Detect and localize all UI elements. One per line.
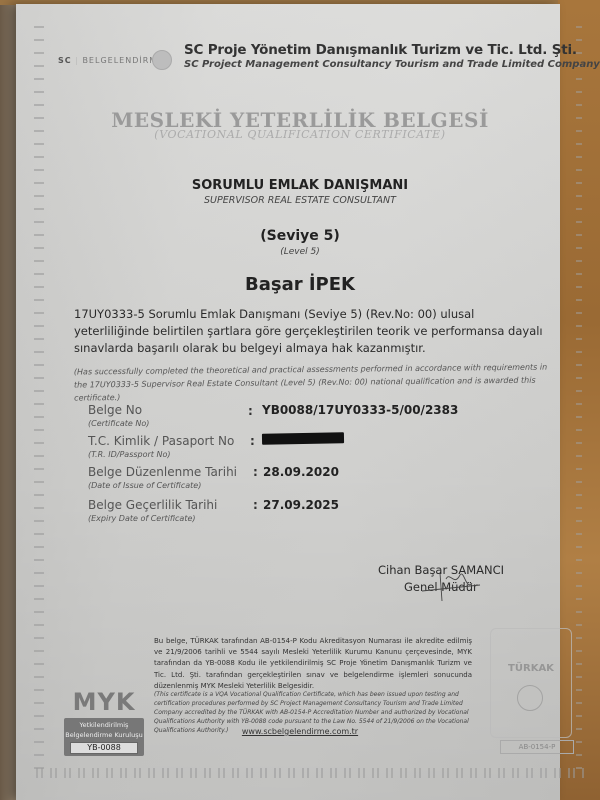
field-label-certificate-no: Belge No (88, 403, 142, 417)
turkak-emblem-icon (517, 685, 543, 711)
field-value-id-no-redacted (262, 432, 344, 444)
issuer-logo: SC | BELGELENDİRME (58, 56, 163, 65)
field-value-certificate-no: YB0088/17UY0333-5/00/2383 (262, 403, 458, 417)
qualification-level-en: (Level 5) (0, 247, 600, 257)
field-label-en-issue-date: (Date of Issue of Certificate) (88, 481, 201, 490)
qualification-name-en: SUPERVISOR REAL ESTATE CONSULTANT (0, 195, 600, 206)
field-label-expiry-date: Belge Geçerlilik Tarihi (88, 498, 217, 512)
qualification-name: SORUMLU EMLAK DANIŞMANI (0, 178, 600, 193)
field-colon: : (250, 434, 255, 448)
decorative-border-bottom (36, 768, 584, 778)
turkak-badge: TÜRKAK (490, 628, 572, 738)
company-name-tr: SC Proje Yönetim Danışmanlık Turizm ve T… (184, 42, 577, 58)
myk-line2: Belgelendirme Kuruluşu (64, 730, 144, 740)
footer-note-tr: Bu belge, TÜRKAK tarafından AB-0154-P Ko… (154, 636, 472, 692)
statement-en: (Has successfully completed the theoreti… (74, 360, 554, 404)
field-label-issue-date: Belge Düzenlenme Tarihi (88, 465, 237, 479)
myk-logo: MYK (64, 690, 144, 714)
field-value-expiry-date: 27.09.2025 (263, 498, 339, 512)
globe-icon (152, 50, 172, 70)
certificate-subtitle: (VOCATIONAL QUALIFICATION CERTIFICATE) (0, 128, 600, 141)
field-value-issue-date: 28.09.2020 (263, 465, 339, 479)
myk-line1: Yetkilendirilmiş (64, 720, 144, 730)
field-colon: : (248, 404, 253, 418)
turkak-code: AB-0154-P (500, 740, 574, 754)
field-label-id-no: T.C. Kimlik / Pasaport No (88, 434, 234, 448)
myk-badge: MYK Yetkilendirilmiş Belgelendirme Kurul… (64, 690, 144, 756)
company-name-en: SC Project Management Consultancy Touris… (184, 59, 600, 70)
myk-code: YB-0088 (70, 742, 138, 754)
turkak-logo: TÜRKAK (491, 663, 571, 674)
field-colon: : (253, 498, 258, 512)
logo-prefix: SC (58, 56, 72, 65)
field-label-en-id-no: (T.R. ID/Passport No) (88, 450, 170, 459)
field-label-en-expiry-date: (Expiry Date of Certificate) (88, 514, 196, 523)
field-label-en-certificate-no: (Certificate No) (88, 419, 149, 428)
myk-authorized-label: Yetkilendirilmiş Belgelendirme Kuruluşu … (64, 718, 144, 756)
statement-tr: 17UY0333-5 Sorumlu Emlak Danışmanı (Sevi… (74, 306, 544, 357)
holder-name: Başar İPEK (0, 274, 600, 295)
signature-mark (420, 565, 490, 603)
field-colon: : (253, 465, 258, 479)
qualification-level: (Seviye 5) (0, 228, 600, 244)
